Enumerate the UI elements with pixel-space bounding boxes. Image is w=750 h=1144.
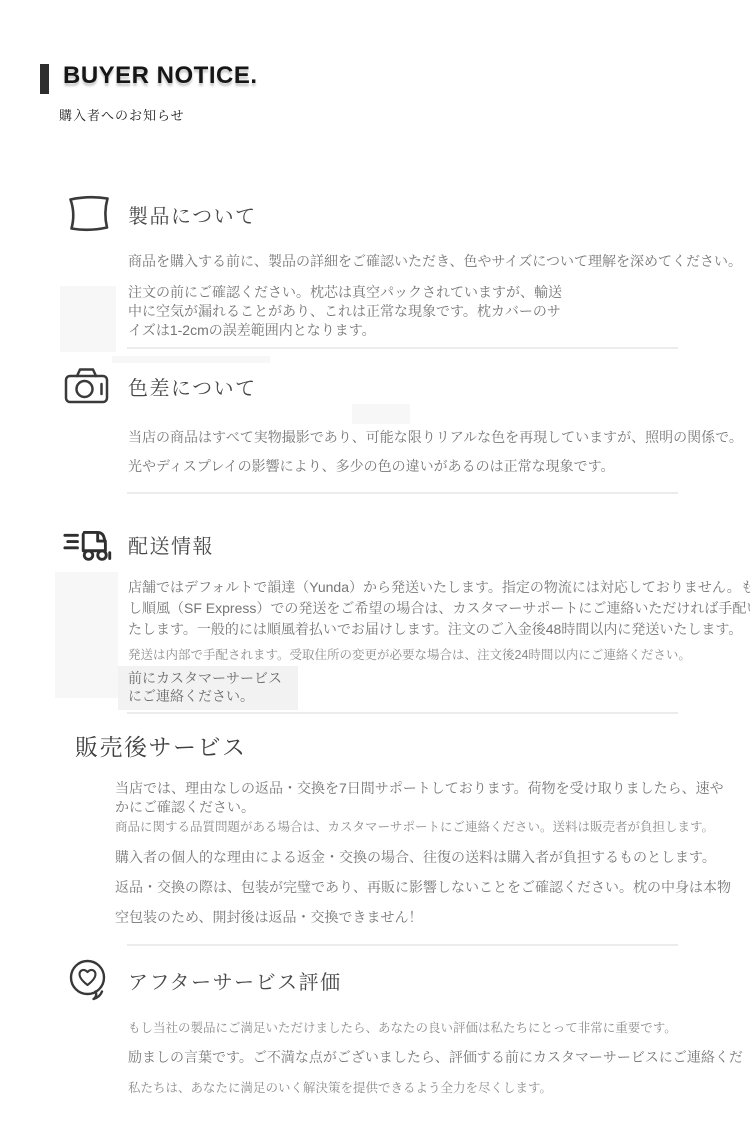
- section-color-difference: 色差について当店の商品はすべて実物撮影であり、可能な限りリアルな色を再現していま…: [62, 362, 750, 476]
- text-line: 私たちは、あなたに満足のいく解決策を提供できるよう全力を尽くします。: [128, 1080, 750, 1097]
- paragraph: 前にカスタマーサービスにご連絡ください。: [118, 666, 298, 710]
- camera-icon: [62, 365, 116, 407]
- divider: [127, 712, 678, 714]
- text-line: 当店の商品はすべて実物撮影であり、可能な限りリアルな色を再現していますが、照明の…: [128, 427, 750, 447]
- title-accent-bar: [40, 64, 49, 94]
- paragraph: 注文の前にご確認ください。枕芯は真空パックされていますが、輸送中に空気が漏れるこ…: [128, 283, 750, 340]
- pillow-icon: [62, 193, 116, 235]
- text-line: 中に空気が漏れることがあり、これは正常な現象です。枕カバーのサ: [128, 302, 750, 321]
- text-line: にご連絡ください。: [128, 687, 282, 705]
- section-title: アフターサービス評価: [128, 966, 342, 995]
- section-header: 配送情報: [62, 520, 750, 568]
- text-line: 購入者の個人的な理由による返金・交換の場合、往復の送料は購入者が負担するものとし…: [115, 848, 750, 867]
- text-line: し順風（SF Express）での発送をご希望の場合は、カスタマーサポートにご連…: [128, 598, 750, 619]
- section-body: 当店の商品はすべて実物撮影であり、可能な限りリアルな色を再現していますが、照明の…: [128, 427, 750, 476]
- text-line: 当店では、理由なしの返品・交換を7日間サポートしております。荷物を受け取りました…: [115, 779, 750, 798]
- page-title: BUYER NOTICE.: [63, 62, 258, 90]
- divider: [127, 347, 678, 349]
- section-header: アフターサービス評価: [62, 956, 750, 1004]
- text-line: 商品を購入する前に、製品の詳細をご確認いただき、色やサイズについて理解を深めてく…: [128, 251, 750, 271]
- section-shipping: 配送情報店舗ではデフォルトで韻達（Yunda）から発送いたします。指定の物流には…: [62, 520, 750, 710]
- paragraph: 店舗ではデフォルトで韻達（Yunda）から発送いたします。指定の物流には対応して…: [128, 577, 750, 640]
- heart-bubble-icon: [62, 955, 116, 1005]
- section-title: 製品について: [128, 200, 257, 229]
- section-title: 色差について: [128, 372, 257, 401]
- section-after-sales: 販売後サービス当店では、理由なしの返品・交換を7日間サポートしております。荷物を…: [62, 726, 750, 927]
- text-line: イズは1-2cmの誤差範囲内となります。: [128, 321, 750, 340]
- paragraph: 商品に関する品質問題がある場合は、カスタマーサポートにご連絡ください。送料は販売…: [115, 819, 750, 836]
- section-body: 商品を購入する前に、製品の詳細をご確認いただき、色やサイズについて理解を深めてく…: [128, 251, 750, 340]
- paragraph: 励ましの言葉です。ご不満な点がございましたら、評価する前にカスタマーサービスにご…: [128, 1047, 750, 1067]
- text-line: 商品に関する品質問題がある場合は、カスタマーサポートにご連絡ください。送料は販売…: [115, 819, 750, 836]
- title-row: BUYER NOTICE.: [40, 62, 258, 94]
- section-title: 配送情報: [128, 530, 214, 559]
- page-subtitle: 購入者へのお知らせ: [59, 105, 258, 124]
- section-body: 店舗ではデフォルトで韻達（Yunda）から発送いたします。指定の物流には対応して…: [128, 577, 750, 710]
- section-product: 製品について商品を購入する前に、製品の詳細をご確認いただき、色やサイズについて理…: [62, 190, 750, 340]
- paragraph: 当店の商品はすべて実物撮影であり、可能な限りリアルな色を再現していますが、照明の…: [128, 427, 750, 447]
- text-line: 空包装のため、開封後は返品・交換できません！: [115, 908, 750, 927]
- paragraph: 私たちは、あなたに満足のいく解決策を提供できるよう全力を尽くします。: [128, 1080, 750, 1097]
- section-body: 当店では、理由なしの返品・交換を7日間サポートしております。荷物を受け取りました…: [115, 779, 750, 927]
- paragraph: 購入者の個人的な理由による返金・交換の場合、往復の送料は購入者が負担するものとし…: [115, 848, 750, 867]
- divider: [127, 944, 678, 946]
- paragraph: 商品を購入する前に、製品の詳細をご確認いただき、色やサイズについて理解を深めてく…: [128, 251, 750, 271]
- truck-icon: [62, 523, 116, 565]
- text-line: 店舗ではデフォルトで韻達（Yunda）から発送いたします。指定の物流には対応して…: [128, 577, 750, 598]
- section-header: 販売後サービス: [62, 726, 750, 764]
- text-line: 光やディスプレイの影響により、多少の色の違いがあるのは正常な現象です。: [128, 456, 750, 476]
- divider: [127, 492, 678, 494]
- paragraph: 光やディスプレイの影響により、多少の色の違いがあるのは正常な現象です。: [128, 456, 750, 476]
- section-body: もし当社の製品にご満足いただけましたら、あなたの良い評価は私たちにとって非常に重…: [128, 1020, 750, 1097]
- paragraph: 返品・交換の際は、包装が完璧であり、再販に影響しないことをご確認ください。枕の中…: [115, 878, 750, 897]
- section-header: 製品について: [62, 190, 750, 238]
- text-line: たします。一般的には順風着払いでお届けします。注文のご入金後48時間以内に発送い…: [128, 619, 750, 640]
- text-line: 励ましの言葉です。ご不満な点がございましたら、評価する前にカスタマーサービスにご…: [128, 1047, 750, 1067]
- text-line: 注文の前にご確認ください。枕芯は真空パックされていますが、輸送: [128, 283, 750, 302]
- paragraph: 当店では、理由なしの返品・交換を7日間サポートしております。荷物を受け取りました…: [115, 779, 750, 817]
- page-header: BUYER NOTICE. 購入者へのお知らせ: [40, 62, 258, 124]
- text-line: かにご確認ください。: [115, 798, 750, 817]
- buyer-notice-page: BUYER NOTICE. 購入者へのお知らせ 製品について商品を購入する前に、…: [0, 0, 750, 1144]
- paragraph: 空包装のため、開封後は返品・交換できません！: [115, 908, 750, 927]
- text-line: もし当社の製品にご満足いただけましたら、あなたの良い評価は私たちにとって非常に重…: [128, 1020, 750, 1037]
- paragraph: もし当社の製品にご満足いただけましたら、あなたの良い評価は私たちにとって非常に重…: [128, 1020, 750, 1037]
- section-title: 販売後サービス: [75, 729, 247, 762]
- text-line: 発送は内部で手配されます。受取住所の変更が必要な場合は、注文後24時間以内にご連…: [128, 647, 750, 664]
- section-header: 色差について: [62, 362, 750, 410]
- paragraph: 発送は内部で手配されます。受取住所の変更が必要な場合は、注文後24時間以内にご連…: [128, 647, 750, 664]
- text-line: 返品・交換の際は、包装が完璧であり、再販に影響しないことをご確認ください。枕の中…: [115, 878, 750, 897]
- text-line: 前にカスタマーサービス: [128, 669, 282, 687]
- section-service-review: アフターサービス評価もし当社の製品にご満足いただけましたら、あなたの良い評価は私…: [62, 956, 750, 1097]
